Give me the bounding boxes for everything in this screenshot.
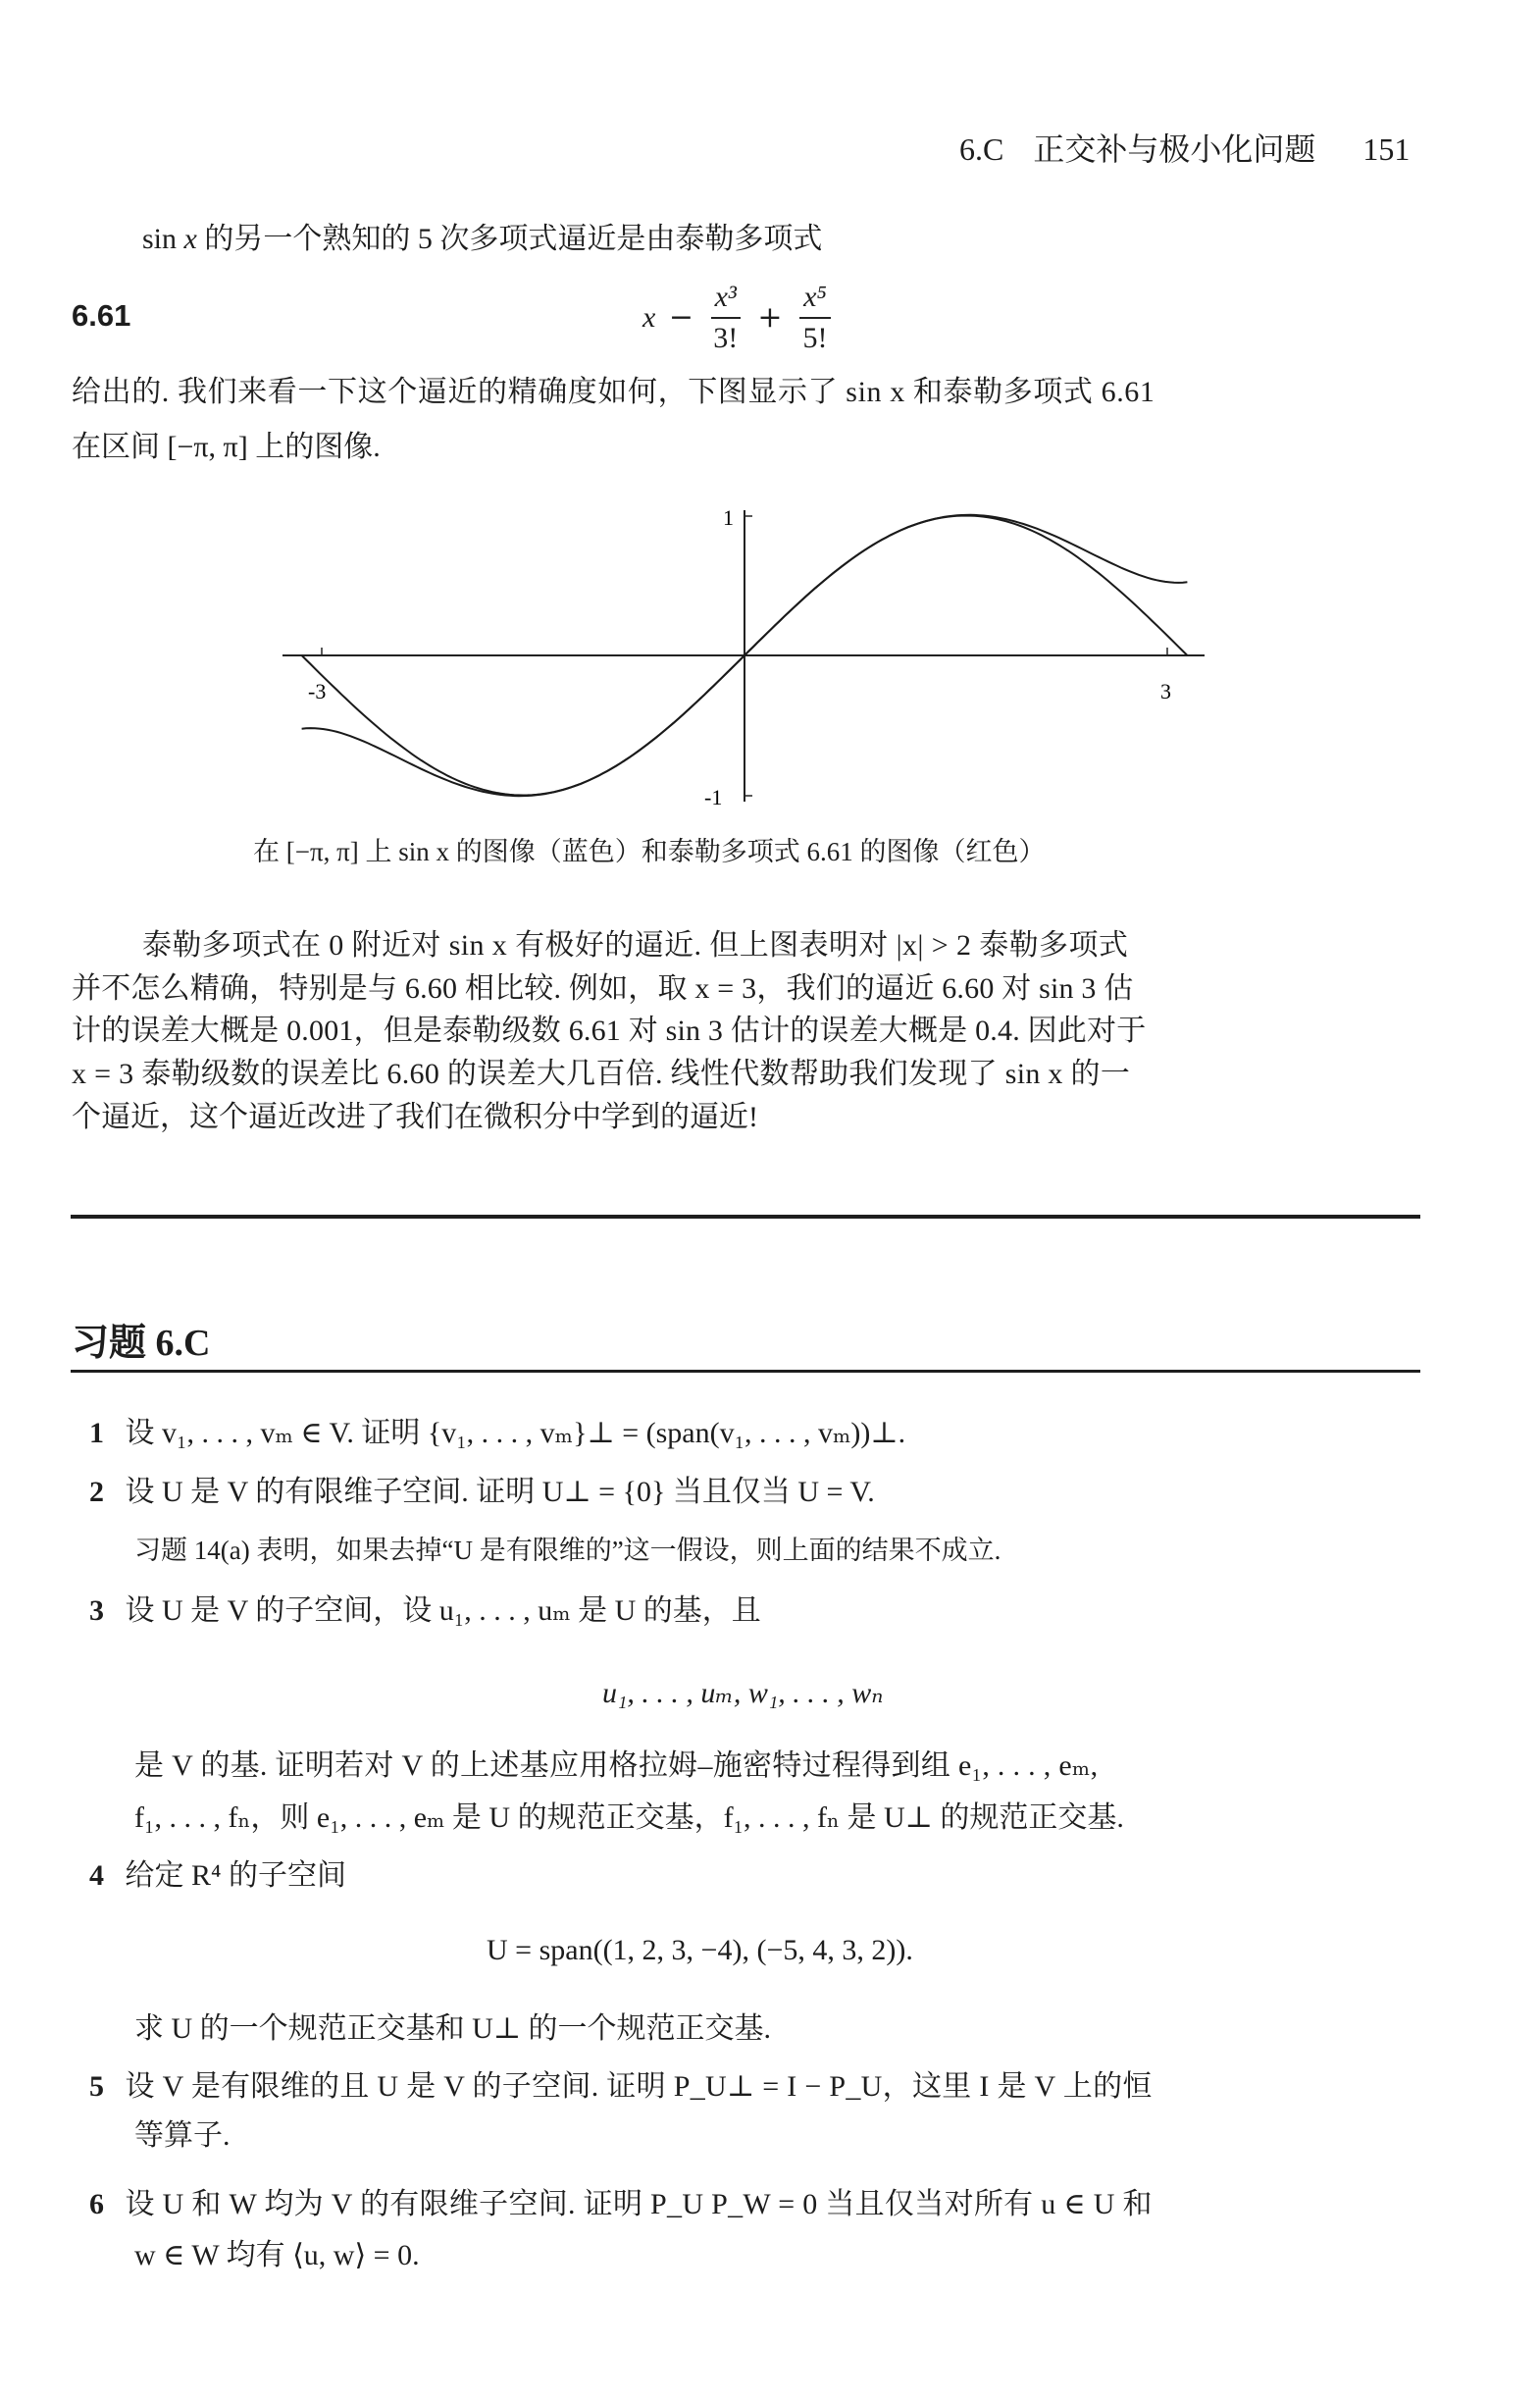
exercise-number: 6 [89, 2188, 104, 2220]
x-tick-label-neg3: -3 [308, 679, 326, 704]
exercise-4-display-span: U = span((1, 2, 3, −4), (−5, 4, 3, 2)). [487, 1933, 913, 1968]
exercise-3-display-basis: u₁, . . . , uₘ, w₁, . . . , wₙ [602, 1676, 883, 1711]
section-divider [71, 1215, 1420, 1219]
exercise-number: 2 [89, 1476, 104, 1508]
exercise-5-line-2: 等算子. [134, 2118, 231, 2154]
exercise-3-line-2: 是 V 的基. 证明若对 V 的上述基应用格拉姆–施密特过程得到组 e₁, . … [134, 1748, 1098, 1784]
exercise-number: 5 [89, 2070, 104, 2103]
exercise-2-note: 习题 14(a) 表明，如果去掉“U 是有限维的”这一假设，则上面的结果不成立. [134, 1529, 1001, 1567]
y-tick-label-neg1: -1 [704, 785, 722, 809]
exercise-6-line-2: w ∈ W 均有 ⟨u, w⟩ = 0. [134, 2238, 420, 2273]
exercises-heading: 习题 6.C [72, 1312, 210, 1366]
x-tick-label-3: 3 [1160, 679, 1171, 704]
exercises-heading-rule [71, 1370, 1420, 1373]
exercise-text: 设 U 是 V 的有限维子空间. 证明 U⊥ = {0} 当且仅当 U = V. [126, 1476, 875, 1508]
exercise-3-line-3: f₁, . . . , fₙ，则 e₁, . . . , eₘ 是 U 的规范正… [134, 1800, 1124, 1836]
exercise-text: 设 U 是 V 的子空间，设 u₁, . . . , uₘ 是 U 的基，且 [126, 1594, 761, 1627]
paragraph-line-4: x = 3 泰勒级数的误差比 6.60 的误差大几百倍. 线性代数帮助我们发现了… [72, 1057, 1130, 1092]
paragraph-line-3: 计的误差大概是 0.001，但是泰勒级数 6.61 对 sin 3 估计的误差大… [72, 1014, 1146, 1049]
exercise-text: 设 v₁, . . . , vₘ ∈ V. 证明 {v₁, . . . , vₘ… [126, 1417, 906, 1449]
paragraph-line-2: 并不怎么精确，特别是与 6.60 相比较. 例如，取 x = 3，我们的逼近 6… [72, 971, 1134, 1007]
exercise-text: 给定 R⁴ 的子空间 [126, 1859, 346, 1892]
paragraph-line-5: 个逼近，这个逼近改进了我们在微积分中学到的逼近! [72, 1100, 758, 1135]
y-tick-label-1: 1 [723, 505, 734, 530]
exercise-4: 4 给定 R⁴ 的子空间 [89, 1858, 346, 1894]
sine-taylor-chart: -3 3 1 -1 [0, 0, 1540, 883]
figure-caption: 在 [−π, π] 上 sin x 的图像（蓝色）和泰勒多项式 6.61 的图像… [253, 830, 1045, 868]
exercise-text: 设 U 和 W 均为 V 的有限维子空间. 证明 P_U P_W = 0 当且仅… [126, 2188, 1153, 2220]
exercise-5: 5 设 V 是有限维的且 U 是 V 的子空间. 证明 P_U⊥ = I − P… [89, 2069, 1153, 2105]
exercise-6: 6 设 U 和 W 均为 V 的有限维子空间. 证明 P_U P_W = 0 当… [89, 2187, 1153, 2222]
exercise-4-line-2: 求 U 的一个规范正交基和 U⊥ 的一个规范正交基. [134, 2011, 771, 2047]
exercise-number: 4 [89, 1859, 104, 1892]
paragraph-line-1: 泰勒多项式在 0 附近对 sin x 有极好的逼近. 但上图表明对 |x| > … [142, 928, 1128, 964]
exercise-1: 1 设 v₁, . . . , vₘ ∈ V. 证明 {v₁, . . . , … [89, 1416, 905, 1451]
exercise-number: 1 [89, 1417, 104, 1449]
exercise-2: 2 设 U 是 V 的有限维子空间. 证明 U⊥ = {0} 当且仅当 U = … [89, 1475, 875, 1510]
exercise-3: 3 设 U 是 V 的子空间，设 u₁, . . . , uₘ 是 U 的基，且 [89, 1593, 761, 1629]
exercise-number: 3 [89, 1594, 104, 1627]
exercise-text: 设 V 是有限维的且 U 是 V 的子空间. 证明 P_U⊥ = I − P_U… [126, 2070, 1153, 2103]
